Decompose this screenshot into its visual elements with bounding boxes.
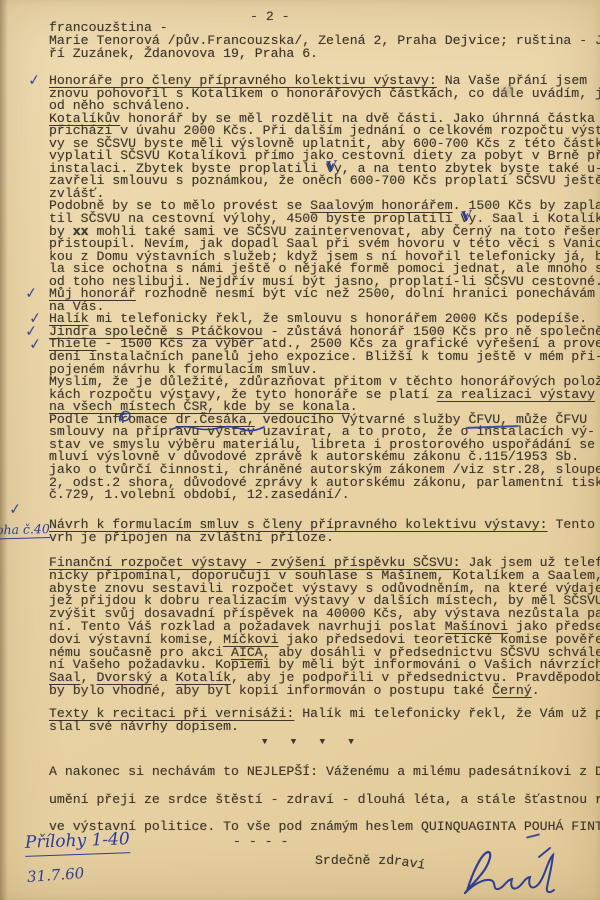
typewritten-line: umění přeji ze srdce štěstí - zdraví - d… [49,786,600,814]
typewritten-line: by bylo vhodné, aby byl kopií informován… [49,685,600,698]
texty-paragraph: Texty k recitaci při vernisáži: Halík mi… [49,708,600,733]
signature-handwritten [455,845,560,897]
text-segment: č.729, 1.volební období, 12.zasedání/. [49,487,350,502]
text-segment: zavřeli smlouvu s poznámkou, že oněch 60… [49,173,600,188]
checkmark-icon: ✓ [8,499,22,518]
text-segment: . [532,683,540,698]
wavy-underline-mark [172,424,264,432]
text-segment: umění přeji ze srdce štěstí - zdraví - d… [49,792,600,807]
correction-loop-mark [117,408,135,426]
honorare-paragraph: Honoráře pro členy přípravného kolektivu… [49,75,600,502]
checkmark-icon: ✓ [27,70,41,89]
handwritten-v-correction: V [325,158,338,175]
separator-dashes: - - - - [233,836,288,848]
text-segment: Srdečně zd [315,853,394,868]
typewritten-line: ve výstavní politice. To vše pod známým … [49,813,600,841]
checkmark-icon: ✓ [24,283,38,302]
typewritten-line: zavřeli smlouvu s poznámkou, že oněch 60… [49,175,600,188]
text-segment: ▼ ▼ ▼ ▼ [262,737,356,747]
separator-triangles: ▼ ▼ ▼ ▼ [262,736,356,748]
attachments-note-handwritten: Přílohy 1-40 [25,829,131,857]
text-segment: by bylo vhodné, aby byl kopií informován… [49,683,492,698]
text-segment: slal své návrhy dopisem. [49,719,239,734]
typewritten-line: - - - - [233,836,288,848]
typewritten-line: Srdečně zdraví [315,854,426,868]
navrh-paragraph: Návrh k formulacím smluv s členy příprav… [49,519,600,544]
checkmark-icon: ✓ [28,334,42,353]
text-segment: Tento ná [548,517,600,532]
typewritten-line: slal své návrhy dopisem. [49,721,600,734]
typewritten-line: A nakonec si nechávám to NEJLEPŠÍ: Vážen… [49,758,600,786]
text-segment: ve výstavní politice. To vše pod známým … [49,819,600,834]
typewritten-line: vrh je připojen na zvláštní příloze. [49,532,600,545]
handwritten-v-correction: V [460,208,473,225]
typewritten-line: Můj honorář rozhodně nesmí být víc než 2… [49,288,600,301]
page: - 2 -francouzština -Marie Tenorová /pův.… [0,0,600,900]
closing-paragraph: A nakonec si nechávám to NEJLEPŠÍ: Vážen… [49,758,600,841]
text-segment: raví [393,854,426,873]
text-segment: vrh je připojen na zvláštní příloze. [49,530,334,545]
text-segment: rozhodně nesmí být víc než 2500, dolní h… [136,286,595,301]
translators-address: francouzština -Marie Tenorová /pův.Franc… [49,21,600,60]
typewritten-line: ří Zuzánek, Ždanovova 19, Praha 6. [49,47,600,60]
text-segment: - - - - [233,834,288,849]
typewritten-line: ▼ ▼ ▼ ▼ [262,736,356,748]
text-segment: A nakonec si nechávám to NEJLEPŠÍ: Vážen… [49,764,600,779]
underlined-text: za realizaci výstavy [437,387,595,402]
typewritten-line: č.729, 1.volební období, 12.zasedání/. [49,489,600,502]
margin-note-priloha: příloha č.40 [0,521,50,540]
underlined-text: Černý [492,683,532,698]
text-segment: Halík mi telefonicky řekl, že Vám už po- [294,706,600,721]
date-handwritten: 31.7.60 [26,864,84,886]
text-segment: ří Zuzánek, Ždanovova 19, Praha 6. [49,46,318,61]
signoff: Srdečně zdraví [315,854,426,868]
paper-smudge [500,86,515,96]
financni-paragraph: Finanční rozpočet výstavy - zvýšení přís… [49,557,600,698]
